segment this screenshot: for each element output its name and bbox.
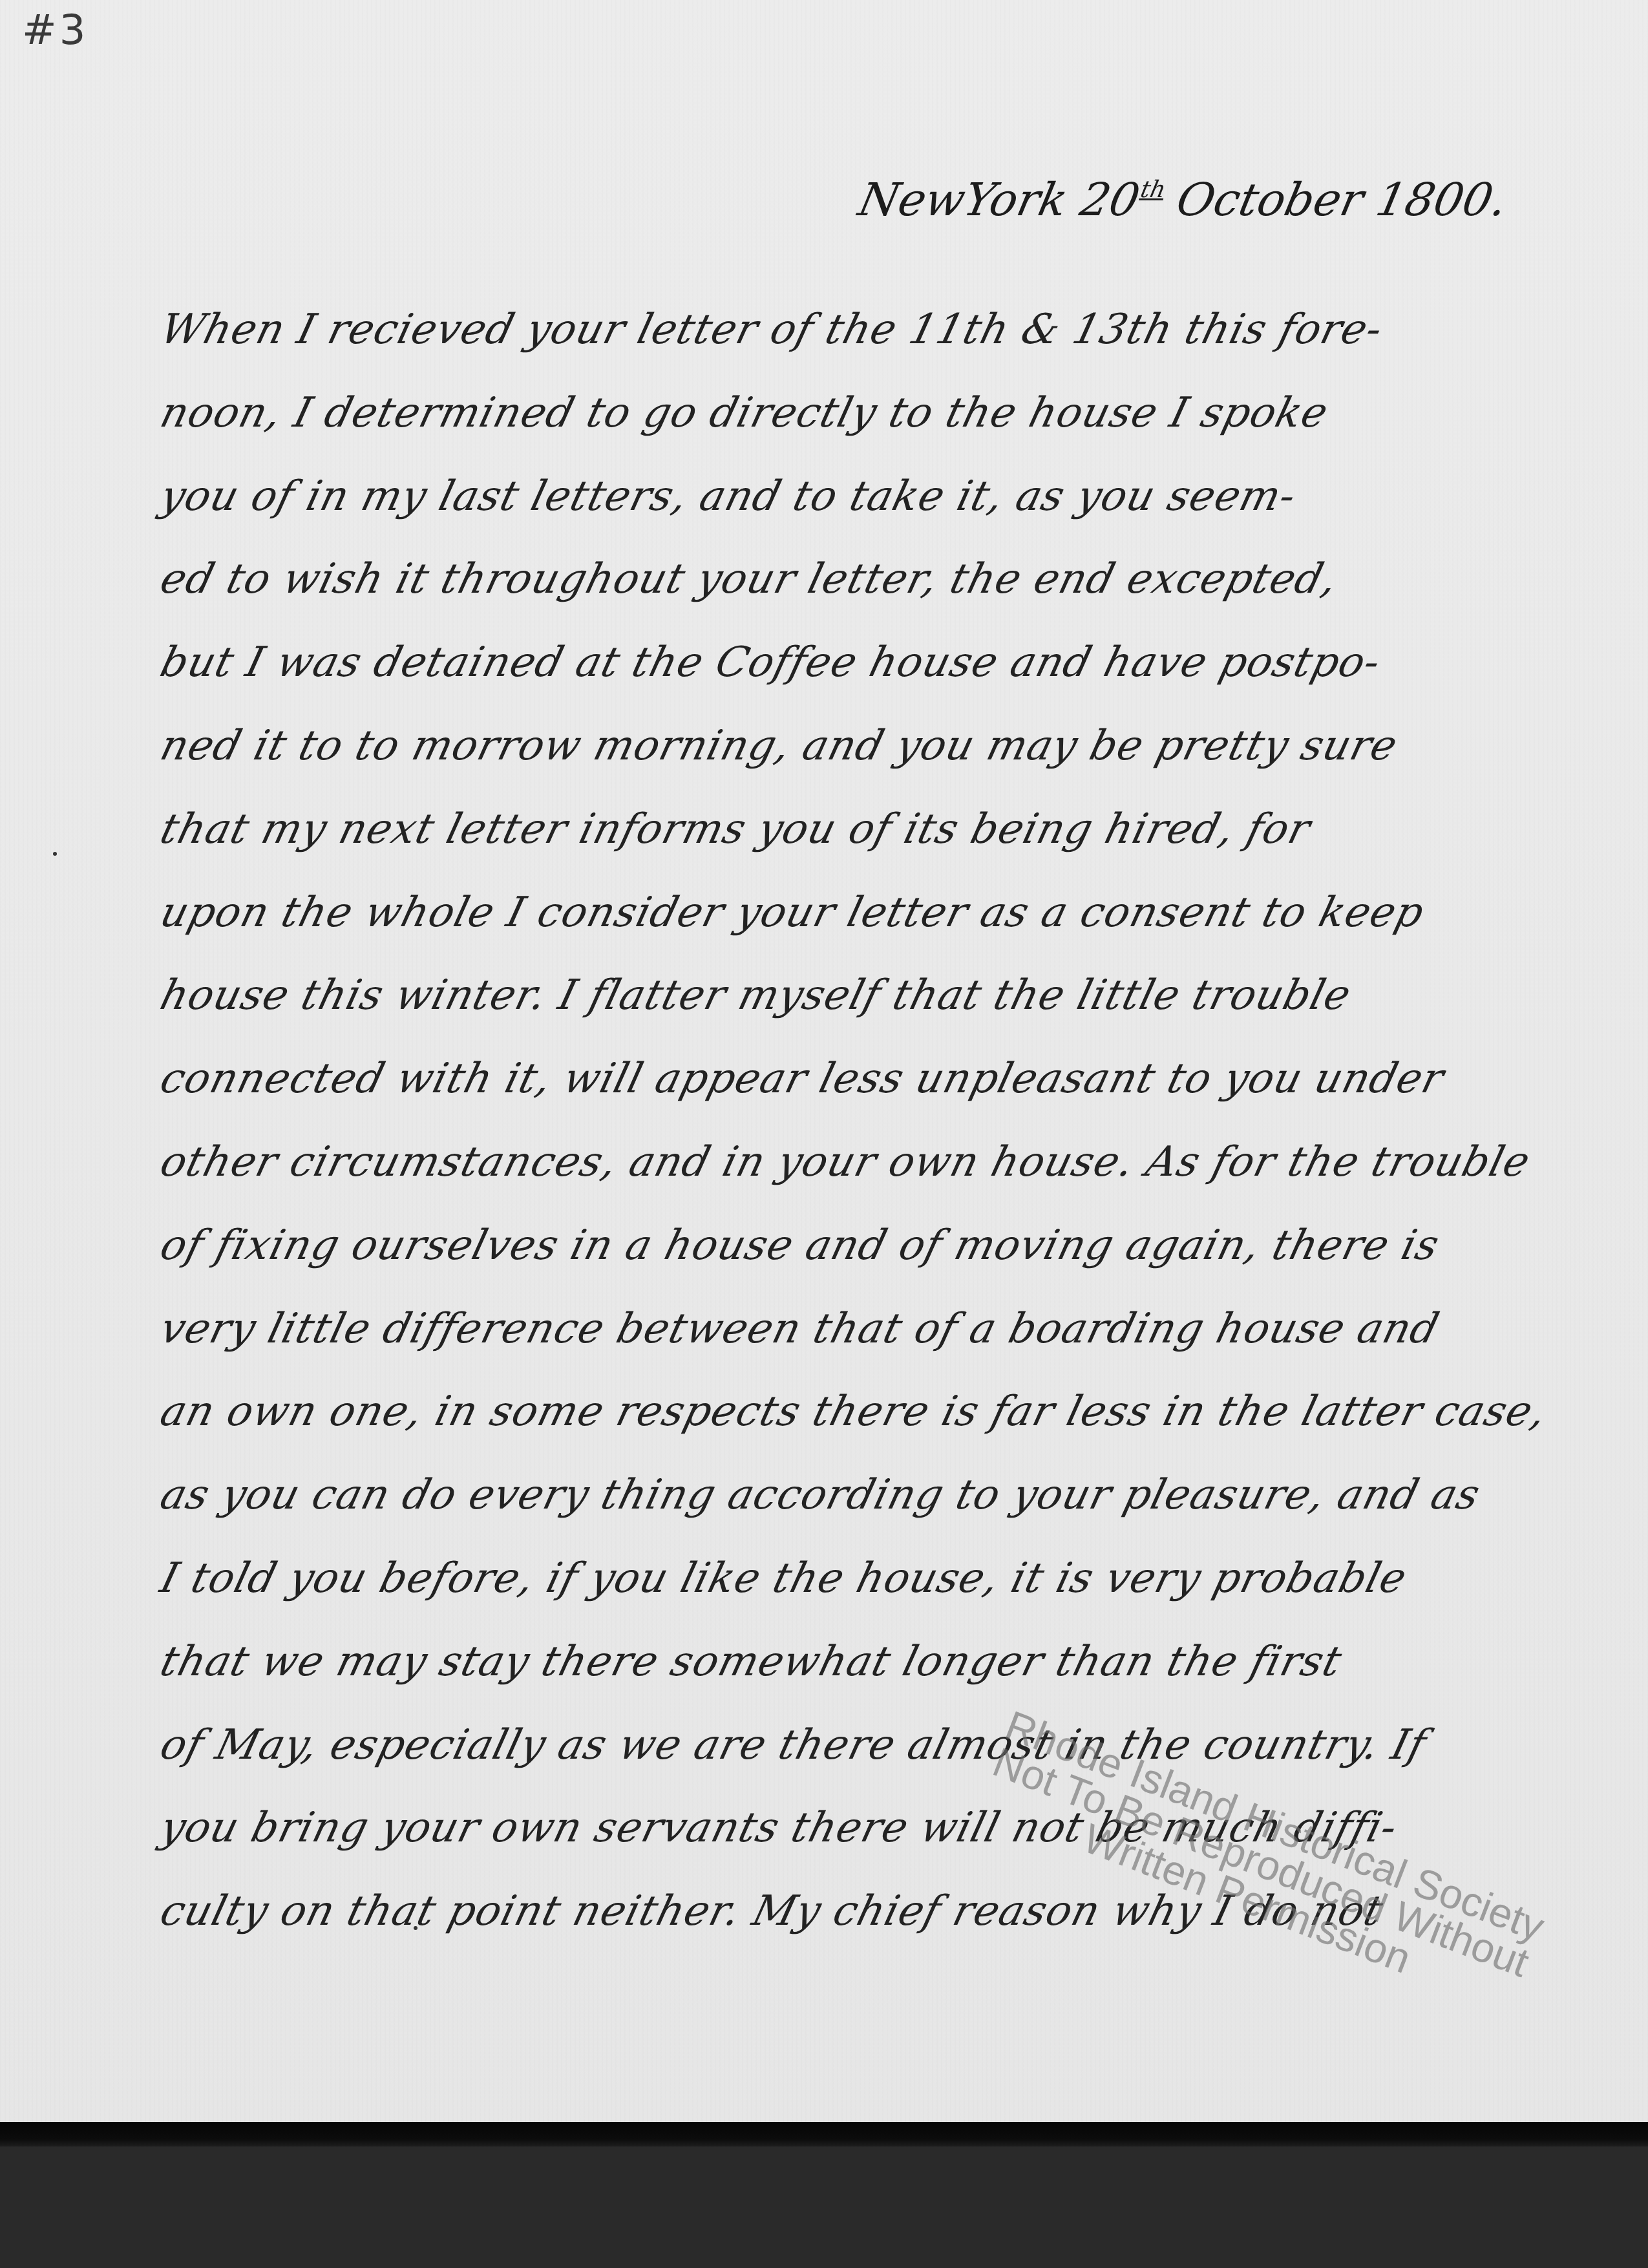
letter-line: you bring your own servants there will n… — [154, 1796, 1579, 1860]
letter-line: an own one, in some respects there is fa… — [154, 1379, 1579, 1444]
letter-line: of May, especially as we are there almos… — [154, 1713, 1579, 1777]
letter-line: house this winter. I flatter myself that… — [154, 963, 1579, 1028]
letter-line: of fixing ourselves in a house and of mo… — [154, 1213, 1579, 1278]
letter-line: other circumstances, and in your own hou… — [154, 1130, 1579, 1194]
archive-number: #3 — [22, 6, 88, 54]
dateline-day: 20 — [1075, 173, 1145, 226]
letter-body: When I recieved your letter of the 11th … — [162, 297, 1570, 1962]
letter-line: When I recieved your letter of the 11th … — [154, 297, 1579, 362]
letter-line: as you can do every thing according to y… — [154, 1463, 1579, 1527]
letter-line: culty on that point neither. My chief re… — [154, 1879, 1579, 1944]
letter-line: you of in my last letters, and to take i… — [154, 464, 1579, 529]
dateline-month-year: October 1800. — [1172, 173, 1512, 226]
letter-line: ed to wish it throughout your letter, th… — [154, 547, 1579, 611]
scanner-edge-shadow — [0, 2122, 1648, 2146]
letter-line: but I was detained at the Coffee house a… — [154, 630, 1579, 695]
letter-line: I told you before, if you like the house… — [154, 1546, 1579, 1611]
letter-line: connected with it, will appear less unpl… — [154, 1046, 1579, 1111]
scanner-bed-background — [0, 2146, 1648, 2268]
dateline-place: NewYork — [854, 173, 1072, 226]
ink-speck — [414, 1926, 417, 1930]
letter-line: very little difference between that of a… — [154, 1297, 1579, 1361]
letter-line: ned it to to morrow morning, and you may… — [154, 714, 1579, 778]
letter-line: upon the whole I consider your letter as… — [154, 880, 1579, 945]
dateline-day-suffix: th — [1138, 176, 1168, 203]
dateline: NewYork 20th October 1800. — [854, 173, 1512, 226]
ink-speck — [53, 852, 57, 856]
letter-line: noon, I determined to go directly to the… — [154, 381, 1579, 445]
manuscript-page: #3 NewYork 20th October 1800. When I rec… — [0, 0, 1648, 2122]
letter-line: that my next letter informs you of its b… — [154, 797, 1579, 862]
letter-line: that we may stay there somewhat longer t… — [154, 1629, 1579, 1694]
